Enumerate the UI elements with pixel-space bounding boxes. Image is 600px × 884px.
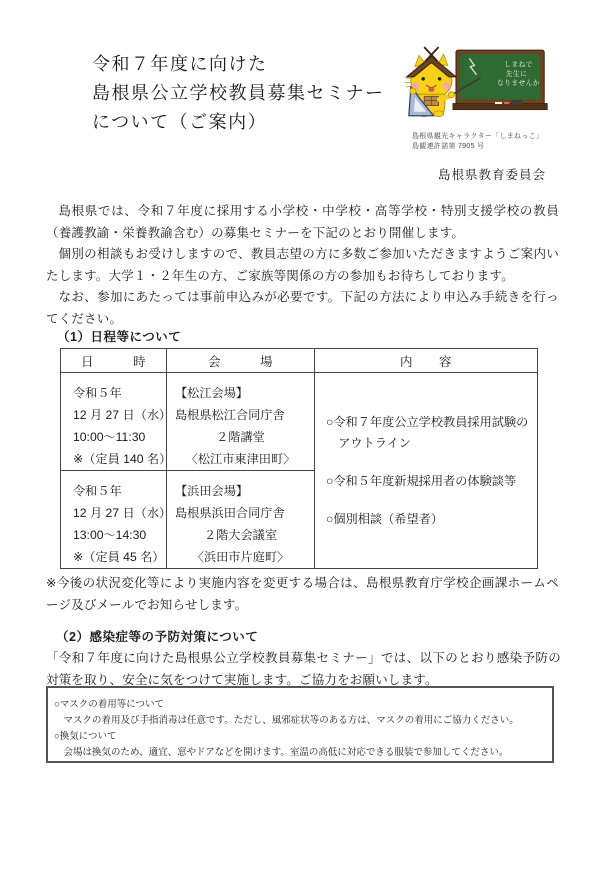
matsue-venue-cell: 【松江会場】 島根県松江合同庁舎 ２階講堂 〈松江市東津田町〉 <box>167 373 315 471</box>
schedule-header-row: 日 時 会 場 内 容 <box>61 349 538 373</box>
blackboard-text-line-1: しまねで <box>504 61 533 69</box>
mascot-caption: 島根県観光キャラクター「しまねっこ」 島観連許諾第 7905 号 <box>404 132 554 152</box>
cat-eye-right <box>438 77 441 80</box>
matsue-datetime-cell: 令和５年 12 月 27 日（水） 10:00～11:30 ※（定員 140 名… <box>61 373 167 471</box>
precaution-title-1: ○マスクの着用等について <box>54 697 544 713</box>
datetime-line: 13:00～14:30 <box>73 524 166 546</box>
section2-heading: （2）感染症等の予防対策について <box>56 627 258 645</box>
venue-line: 〈松江市東津田町〉 <box>175 448 314 470</box>
mascot-caption-line-1: 島根県観光キャラクター「しまねっこ」 <box>412 132 554 142</box>
content-item-1: ○令和７年度公立学校教員採用試験の アウトライン <box>326 412 537 454</box>
shimanekko-mascot-illustration: しまねで 先生に なりませんか <box>404 44 549 124</box>
cat-eye-left <box>421 77 424 80</box>
cat-paw-right <box>448 92 454 98</box>
precaution-body-2: 会場は換気のため、適宜、窓やドアなどを開けます。室温の高低に対応できる服装で参加… <box>54 745 544 761</box>
section2-paragraph: 「令和７年度に向けた島根県公立学校教員募集セミナー」では、以下のとおり感染予防の… <box>46 647 561 691</box>
datetime-line: 12 月 27 日（水） <box>73 502 166 524</box>
hamada-datetime-cell: 令和５年 12 月 27 日（水） 13:00～14:30 ※（定員 45 名） <box>61 471 167 569</box>
venue-line: 島根県松江合同庁舎 <box>175 404 314 426</box>
venue-line: 島根県浜田合同庁舎 <box>175 502 314 524</box>
col-header-content: 内 容 <box>315 349 538 373</box>
intro-paragraph-3: なお、参加にあたっては事前申込みが必要です。下記の方法により申込み手続きを行って… <box>46 287 559 330</box>
title-line-2: 島根県公立学校教員募集セミナー <box>92 79 385 108</box>
intro-block: 島根県では、令和７年度に採用する小学校・中学校・高等学校・特別支援学校の教員（養… <box>46 201 559 330</box>
chalkboard: しまねで 先生に なりませんか <box>453 50 547 109</box>
datetime-line: 12 月 27 日（水） <box>73 404 166 426</box>
precaution-title-2: ○換気について <box>54 729 544 745</box>
cat-tongue <box>428 87 434 92</box>
datetime-line: 令和５年 <box>73 480 166 502</box>
seminar-content-cell: ○令和７年度公立学校教員採用試験の アウトライン ○令和５年度新規採用者の体験談… <box>315 373 538 569</box>
section1-heading: （1）日程等について <box>57 327 181 345</box>
col-header-venue: 会 場 <box>167 349 315 373</box>
precaution-body-1: マスクの着用及び手指消毒は任意です。ただし、風邪症状等のある方は、マスクの着用に… <box>54 713 544 729</box>
schedule-row-matsue: 令和５年 12 月 27 日（水） 10:00～11:30 ※（定員 140 名… <box>61 373 538 471</box>
datetime-line: 令和５年 <box>73 382 166 404</box>
hamada-venue-cell: 【浜田会場】 島根県浜田合同庁舎 ２階大会議室 〈浜田市片庭町〉 <box>167 471 315 569</box>
datetime-line: 10:00～11:30 <box>73 426 166 448</box>
blackboard-text-line-3: なりませんか <box>497 79 540 87</box>
cat-cheek-right <box>443 82 450 89</box>
datetime-line: ※（定員 45 名） <box>73 546 166 568</box>
schedule-note: ※今後の状況変化等により実施内容を変更する場合は、島根県教育庁学校企画課ホームペ… <box>46 572 559 616</box>
title-line-1: 令和７年度に向けた <box>92 50 385 79</box>
col-header-datetime: 日 時 <box>61 349 167 373</box>
intro-paragraph-2: 個別の相談もお受けしますので、教員志望の方に多数ご参加いただきますようご案内いた… <box>46 244 559 287</box>
chalk-red-icon <box>504 102 509 104</box>
datetime-line: ※（定員 140 名） <box>73 448 166 470</box>
venue-line: 【浜田会場】 <box>175 480 314 502</box>
venue-line: ２階講堂 <box>175 426 314 448</box>
document-page: 令和７年度に向けた 島根県公立学校教員募集セミナー について（ご案内） しまねで… <box>0 0 600 884</box>
mascot-caption-line-2: 島観連許諾第 7905 号 <box>412 142 554 152</box>
venue-line: ２階大会議室 <box>175 524 314 546</box>
document-title: 令和７年度に向けた 島根県公立学校教員募集セミナー について（ご案内） <box>92 50 385 137</box>
content-item-3: ○個別相談（希望者） <box>326 509 537 530</box>
precaution-box: ○マスクの着用等について マスクの着用及び手指消毒は任意です。ただし、風邪症状等… <box>46 686 554 763</box>
schedule-table: 日 時 会 場 内 容 令和５年 12 月 27 日（水） 10:00～11:3… <box>60 348 538 569</box>
venue-line: 〈浜田市片庭町〉 <box>175 546 314 568</box>
eraser-icon <box>511 100 522 105</box>
intro-paragraph-1: 島根県では、令和７年度に採用する小学校・中学校・高等学校・特別支援学校の教員（養… <box>46 201 559 244</box>
content-item-2: ○令和５年度新規採用者の体験談等 <box>326 471 537 492</box>
venue-line: 【松江会場】 <box>175 382 314 404</box>
chalk-icon <box>495 102 502 104</box>
chalk-tray <box>453 103 547 109</box>
mascot-block: しまねで 先生に なりませんか <box>404 44 554 152</box>
title-line-3: について（ご案内） <box>92 108 385 137</box>
author-line: 島根県教育委員会 <box>438 165 546 183</box>
blackboard-text-line-2: 先生に <box>506 69 528 78</box>
cat-paw-left <box>410 88 416 94</box>
